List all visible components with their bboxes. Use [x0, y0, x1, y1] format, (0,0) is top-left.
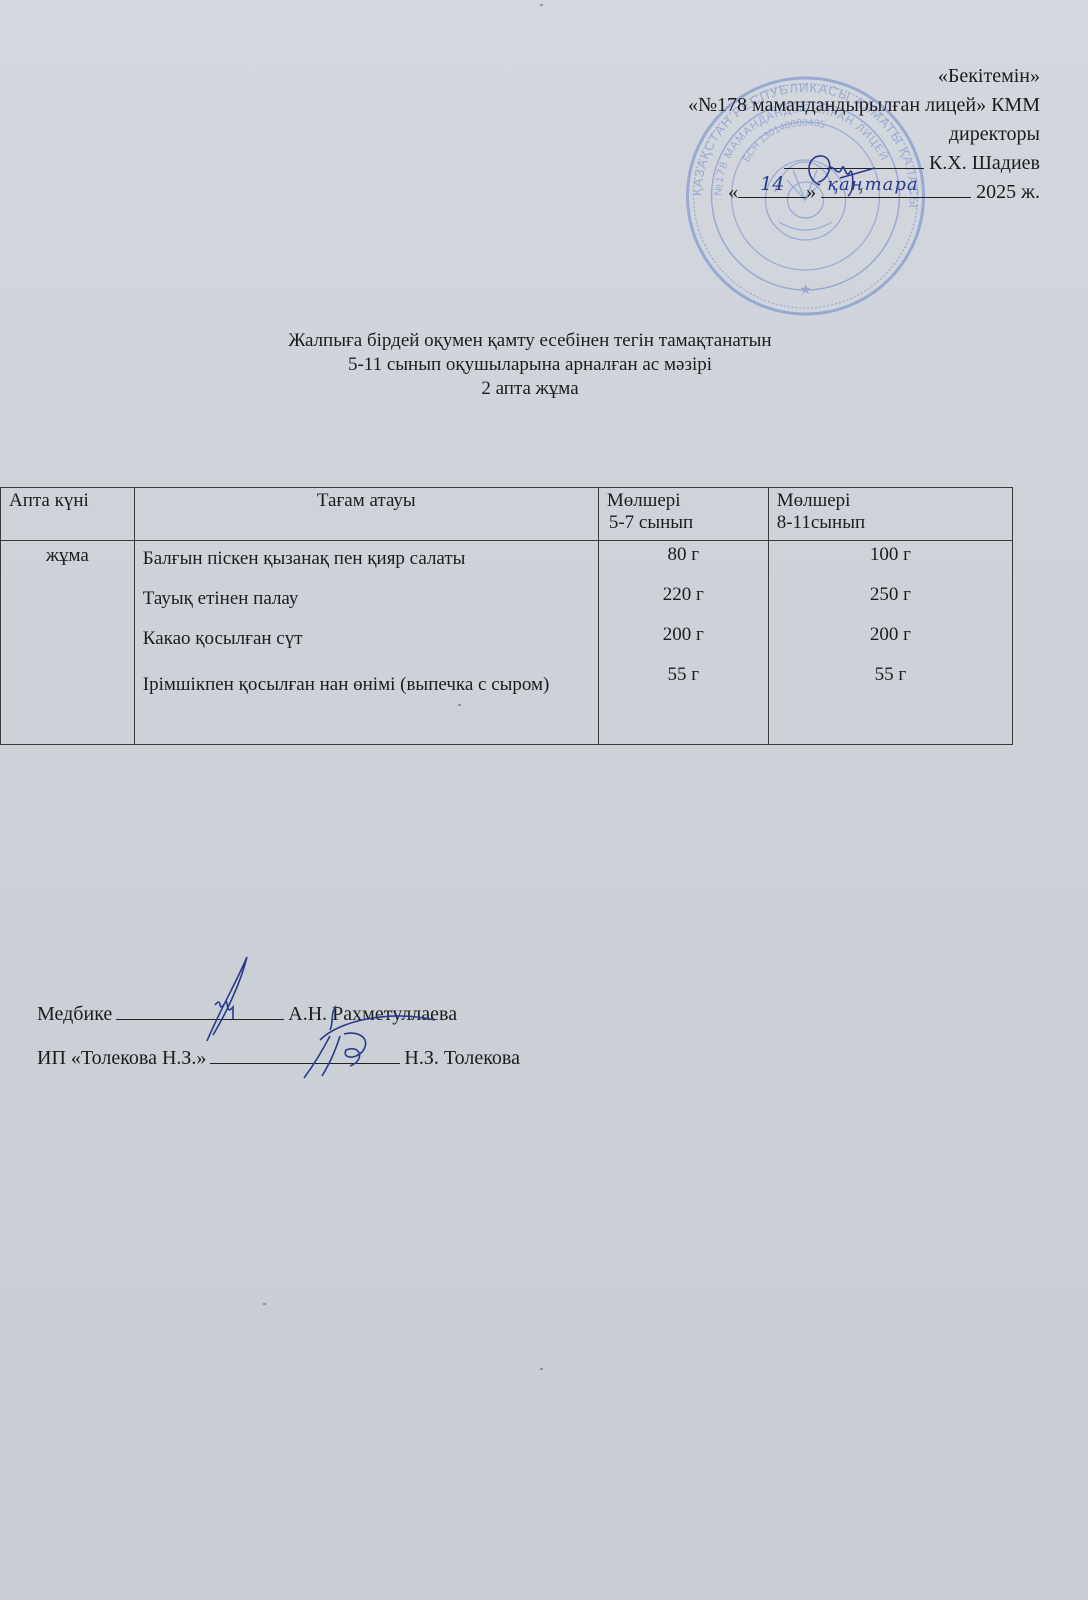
qty-8-11-item: 55 г	[770, 661, 1011, 689]
cell-qty-8-11: 100 г 250 г 200 г 55 г	[768, 541, 1012, 745]
paper-speck	[458, 704, 461, 706]
date-open-quote: «	[728, 181, 738, 203]
document-page: ҚАЗАҚСТАН РЕСПУБЛИКАСЫ АЛМАТЫ ҚАЛАСЫ №17…	[0, 0, 1088, 1600]
dish-item: Балғын піскен қызанақ пен қияр салаты	[143, 545, 590, 573]
star-icon: ★	[799, 283, 812, 298]
cell-dishes: Балғын піскен қызанақ пен қияр салаты Та…	[134, 541, 598, 745]
title-line-2: 5-11 сынып оқушыларына арналған ас мәзір…	[0, 353, 1060, 377]
header-qty-5-7: Мөлшері 5-7 сынып	[598, 488, 768, 541]
qty-8-11-item: 200 г	[770, 621, 1011, 649]
paper-speck	[540, 1368, 543, 1370]
title-line-1: Жалпыға бірдей оқумен қамту есебінен тег…	[0, 329, 1060, 353]
header-qty-8-11: Мөлшері 8-11сынып	[768, 488, 1012, 541]
supplier-label: ИП «Толекова Н.З.»	[37, 1047, 206, 1069]
title-line-3: 2 апта жұма	[0, 377, 1060, 401]
table-row: жұма Балғын піскен қызанақ пен қияр сала…	[1, 541, 1013, 745]
medic-signature-blank	[116, 1001, 284, 1020]
approval-block: «Бекітемін» «№178 мамандандырылған лицей…	[688, 62, 1040, 207]
approval-date-line: «14» қаңтара 2025 ж.	[688, 178, 1040, 207]
dish-item: Какао қосылған сүт	[143, 625, 590, 653]
qty-8-11-item: 250 г	[770, 581, 1011, 609]
supplier-name: Н.З. Толекова	[404, 1047, 520, 1069]
qty-8-11-item: 100 г	[770, 541, 1011, 569]
header-qty-8-11-line2: 8-11сынып	[777, 512, 1004, 534]
menu-table: Апта күні Тағам атауы Мөлшері 5-7 сынып …	[0, 487, 1013, 745]
qty-5-7-item: 55 г	[600, 661, 767, 689]
medic-name: А.Н. Рахметуллаева	[288, 1003, 457, 1025]
dish-item: Ірімшікпен қосылған нан өнімі (выпечка с…	[143, 665, 563, 705]
paper-speck	[263, 1303, 266, 1305]
qty-5-7-item: 80 г	[600, 541, 767, 569]
date-year: 2025 ж.	[976, 181, 1040, 203]
supplier-signature-row: ИП «Толекова Н.З.»Н.З. Толекова	[37, 1036, 520, 1080]
header-dish: Тағам атауы	[134, 488, 598, 541]
date-month-blank: қаңтара	[821, 179, 971, 198]
header-qty-5-7-line2: 5-7 сынып	[607, 512, 760, 534]
dish-item: Тауық етінен палау	[143, 585, 590, 613]
date-month: қаңтара	[827, 170, 919, 199]
date-day: 14	[760, 170, 784, 199]
approval-organization: «№178 мамандандырылған лицей» КММ	[688, 91, 1040, 120]
date-day-blank: 14	[738, 179, 806, 198]
document-title: Жалпыға бірдей оқумен қамту есебінен тег…	[0, 329, 1060, 401]
header-qty-5-7-line1: Мөлшері	[607, 490, 760, 512]
medic-signature-row: МедбикеА.Н. Рахметуллаева	[37, 992, 520, 1036]
medic-label: Медбике	[37, 1003, 112, 1025]
table-header-row: Апта күні Тағам атауы Мөлшері 5-7 сынып …	[1, 488, 1013, 541]
approval-signatory: К.Х. Шадиев	[929, 152, 1040, 174]
approval-position: директоры	[688, 120, 1040, 149]
director-signature-blank	[784, 150, 924, 169]
header-day: Апта күні	[1, 488, 135, 541]
paper-speck	[540, 4, 543, 6]
header-qty-8-11-line1: Мөлшері	[777, 490, 1004, 512]
qty-5-7-item: 220 г	[600, 581, 767, 609]
date-close-quote: »	[806, 181, 816, 203]
cell-qty-5-7: 80 г 220 г 200 г 55 г	[598, 541, 768, 745]
supplier-signature-blank	[210, 1045, 400, 1064]
qty-5-7-item: 200 г	[600, 621, 767, 649]
signatures-block: МедбикеА.Н. Рахметуллаева ИП «Толекова Н…	[37, 992, 520, 1080]
approval-heading: «Бекітемін»	[688, 62, 1040, 91]
cell-day: жұма	[1, 541, 135, 745]
